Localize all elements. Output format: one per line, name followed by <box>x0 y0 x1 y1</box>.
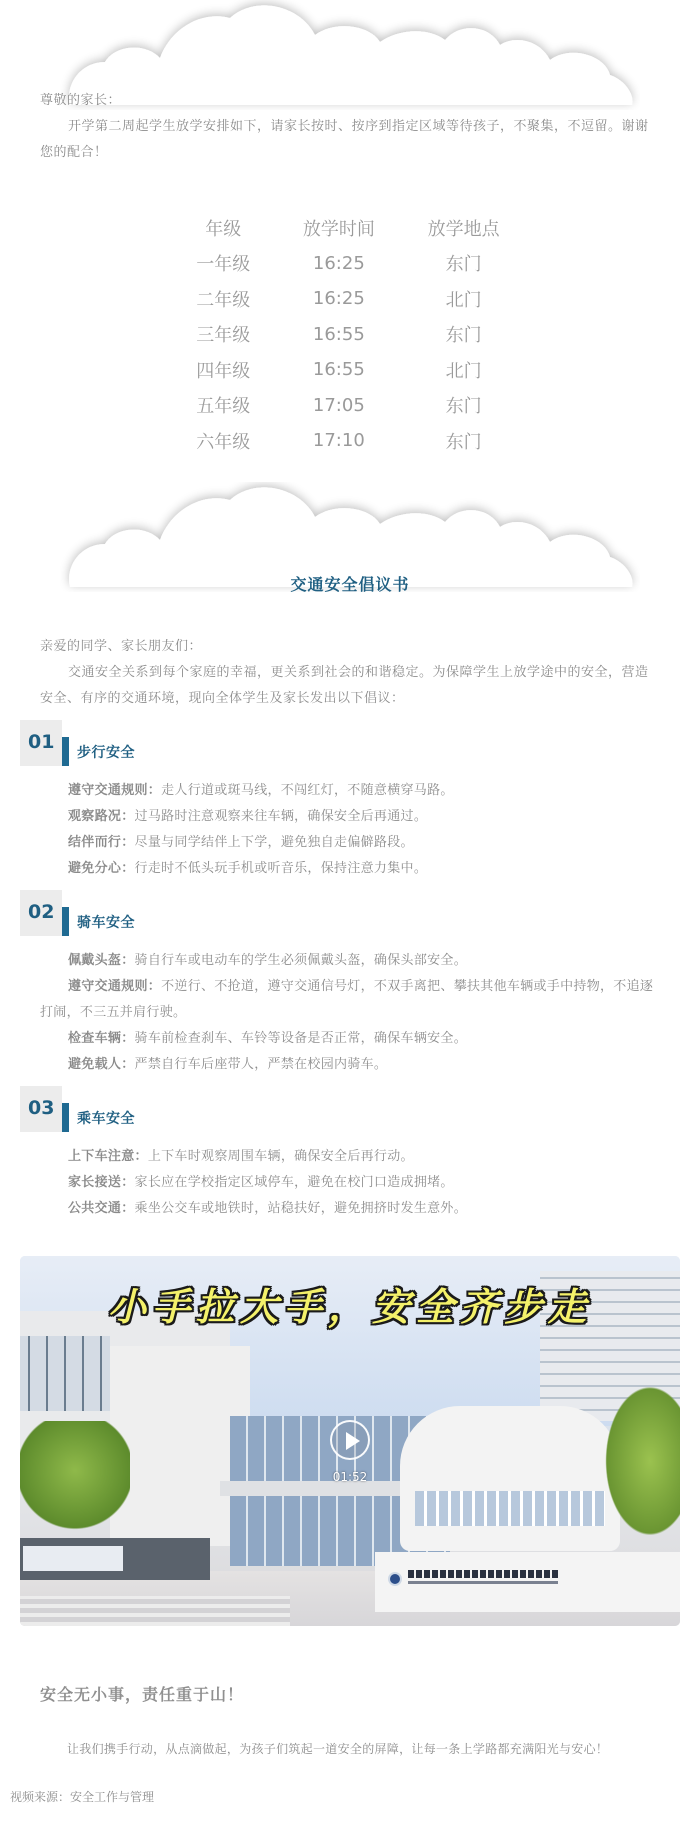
header-time: 放学时间 <box>281 215 398 241</box>
item-text: 骑自行车或电动车的学生必须佩戴头盔，确保头部安全。 <box>135 953 468 968</box>
list-item: 遵守交通规则：不逆行、不抢道，遵守交通信号灯，不双手离把、攀扶其他车辆或手中持物… <box>40 974 660 1026</box>
item-label: 结伴而行： <box>68 835 135 850</box>
video-player[interactable]: 小手拉大手，安全齐步走 01:52 <box>20 1256 680 1626</box>
item-text: 骑车前检查刹车、车铃等设备是否正常，确保车辆安全。 <box>135 1031 468 1046</box>
proposal-title: 交通安全倡议书 <box>0 572 700 595</box>
time-cell: 17:10 <box>281 430 398 451</box>
header-grade: 年级 <box>180 215 267 241</box>
item-text: 过马路时注意观察来往车辆，确保安全后再通过。 <box>135 809 428 824</box>
list-item: 避免载人：严禁自行车后座带人，严禁在校园内骑车。 <box>40 1052 660 1078</box>
list-item: 观察路况：过马路时注意观察来往车辆，确保安全后再通过。 <box>40 804 660 830</box>
time-cell: 16:55 <box>281 324 398 345</box>
item-label: 遵守交通规则： <box>68 979 161 994</box>
video-thumbnail-tower <box>110 1346 250 1546</box>
closing-text: 让我们携手行动，从点滴做起，为孩子们筑起一道安全的屏障，让每一条上学路都充满阳光… <box>67 1740 608 1757</box>
section-accent-bar <box>62 907 69 936</box>
video-thumbnail-rotunda <box>400 1406 620 1551</box>
school-logo-icon <box>388 1572 402 1586</box>
section-header-cycling: 02 骑车安全 <box>20 890 220 936</box>
section-number: 03 <box>28 1097 54 1119</box>
time-cell: 16:25 <box>281 288 398 309</box>
list-item: 家长接送：家长应在学校指定区域停车，避免在校门口造成拥堵。 <box>40 1170 660 1196</box>
closing-title: 安全无小事，责任重于山！ <box>40 1682 244 1705</box>
grade-cell: 四年级 <box>180 357 267 383</box>
section-number-box: 02 <box>20 890 62 936</box>
play-button[interactable] <box>330 1420 370 1460</box>
item-label: 避免分心： <box>68 861 135 876</box>
location-cell: 东门 <box>407 392 520 418</box>
video-thumbnail-sign-text <box>408 1570 558 1578</box>
list-item: 遵守交通规则：走人行道或斑马线，不闯红灯，不随意横穿马路。 <box>40 778 660 804</box>
time-cell: 17:05 <box>281 395 398 416</box>
list-item: 佩戴头盔：骑自行车或电动车的学生必须佩戴头盔，确保头部安全。 <box>40 948 660 974</box>
item-text: 家长应在学校指定区域停车，避免在校门口造成拥堵。 <box>135 1175 454 1190</box>
item-label: 观察路况： <box>68 809 135 824</box>
grade-cell: 三年级 <box>180 321 267 347</box>
video-duration: 01:52 <box>320 1470 380 1484</box>
video-thumbnail-windows <box>20 1336 110 1411</box>
dismissal-schedule-table: 年级 放学时间 放学地点 一年级 16:25 东门 二年级 16:25 北门 三… <box>180 210 520 459</box>
video-thumbnail-noticeboard <box>23 1546 123 1571</box>
section-number-box: 03 <box>20 1086 62 1132</box>
item-text: 尽量与同学结伴上下学，避免独自走偏僻路段。 <box>135 835 414 850</box>
proposal-intro: 交通安全关系到每个家庭的幸福，更关系到社会的和谐稳定。为保障学生上放学途中的安全… <box>40 660 660 712</box>
video-thumbnail-tree <box>20 1421 130 1531</box>
item-text: 严禁自行车后座带人，严禁在校园内骑车。 <box>135 1057 388 1072</box>
item-label: 检查车辆： <box>68 1031 135 1046</box>
item-label: 上下车注意： <box>68 1149 148 1164</box>
video-source: 视频来源：安全工作与管理 <box>10 1788 154 1805</box>
section-header-riding: 03 乘车安全 <box>20 1086 220 1132</box>
grade-cell: 五年级 <box>180 392 267 418</box>
video-thumbnail-rotunda-windows <box>415 1491 605 1526</box>
video-thumbnail-tree <box>605 1386 680 1536</box>
schedule-row: 二年级 16:25 北门 <box>180 281 520 317</box>
section-header-walking: 01 步行安全 <box>20 720 220 766</box>
time-cell: 16:25 <box>281 253 398 274</box>
schedule-row: 四年级 16:55 北门 <box>180 352 520 388</box>
list-item: 检查车辆：骑车前检查刹车、车铃等设备是否正常，确保车辆安全。 <box>40 1026 660 1052</box>
section-title: 乘车安全 <box>77 1108 135 1128</box>
section-accent-bar <box>62 737 69 766</box>
section-accent-bar <box>62 1103 69 1132</box>
notice-greeting: 尊敬的家长： <box>40 88 660 114</box>
list-item: 避免分心：行走时不低头玩手机或听音乐，保持注意力集中。 <box>40 856 660 882</box>
proposal-greeting: 亲爱的同学、家长朋友们： <box>40 634 660 660</box>
section-number: 02 <box>28 901 54 923</box>
grade-cell: 一年级 <box>180 250 267 276</box>
header-location: 放学地点 <box>407 215 520 241</box>
location-cell: 东门 <box>407 321 520 347</box>
video-thumbnail-sign-subtext <box>408 1581 558 1584</box>
section-number: 01 <box>28 731 54 753</box>
schedule-row: 五年级 17:05 东门 <box>180 388 520 424</box>
video-thumbnail-crosswalk <box>20 1596 290 1626</box>
schedule-row: 三年级 16:55 东门 <box>180 317 520 353</box>
location-cell: 东门 <box>407 250 520 276</box>
item-label: 佩戴头盔： <box>68 953 135 968</box>
notice-body: 开学第二周起学生放学安排如下，请家长按时、按序到指定区域等待孩子，不聚集，不逗留… <box>40 114 660 166</box>
item-text: 乘坐公交车或地铁时，站稳扶好，避免拥挤时发生意外。 <box>135 1201 468 1216</box>
item-label: 避免载人： <box>68 1057 135 1072</box>
item-text: 走人行道或斑马线，不闯红灯，不随意横穿马路。 <box>161 783 454 798</box>
section-title: 骑车安全 <box>77 912 135 932</box>
list-item: 公共交通：乘坐公交车或地铁时，站稳扶好，避免拥挤时发生意外。 <box>40 1196 660 1222</box>
section-title: 步行安全 <box>77 742 135 762</box>
play-icon <box>344 1432 362 1450</box>
list-item: 上下车注意：上下车时观察周围车辆，确保安全后再行动。 <box>40 1144 660 1170</box>
list-item: 结伴而行：尽量与同学结伴上下学，避免独自走偏僻路段。 <box>40 830 660 856</box>
item-text: 上下车时观察周围车辆，确保安全后再行动。 <box>148 1149 414 1164</box>
schedule-row: 一年级 16:25 东门 <box>180 246 520 282</box>
location-cell: 东门 <box>407 428 520 454</box>
video-slogan: 小手拉大手，安全齐步走 <box>20 1276 680 1331</box>
grade-cell: 六年级 <box>180 428 267 454</box>
schedule-row: 六年级 17:10 东门 <box>180 423 520 459</box>
location-cell: 北门 <box>407 286 520 312</box>
item-text: 行走时不低头玩手机或听音乐，保持注意力集中。 <box>135 861 428 876</box>
schedule-header-row: 年级 放学时间 放学地点 <box>180 210 520 246</box>
section-number-box: 01 <box>20 720 62 766</box>
item-label: 家长接送： <box>68 1175 135 1190</box>
location-cell: 北门 <box>407 357 520 383</box>
time-cell: 16:55 <box>281 359 398 380</box>
item-label: 遵守交通规则： <box>68 783 161 798</box>
item-label: 公共交通： <box>68 1201 135 1216</box>
grade-cell: 二年级 <box>180 286 267 312</box>
